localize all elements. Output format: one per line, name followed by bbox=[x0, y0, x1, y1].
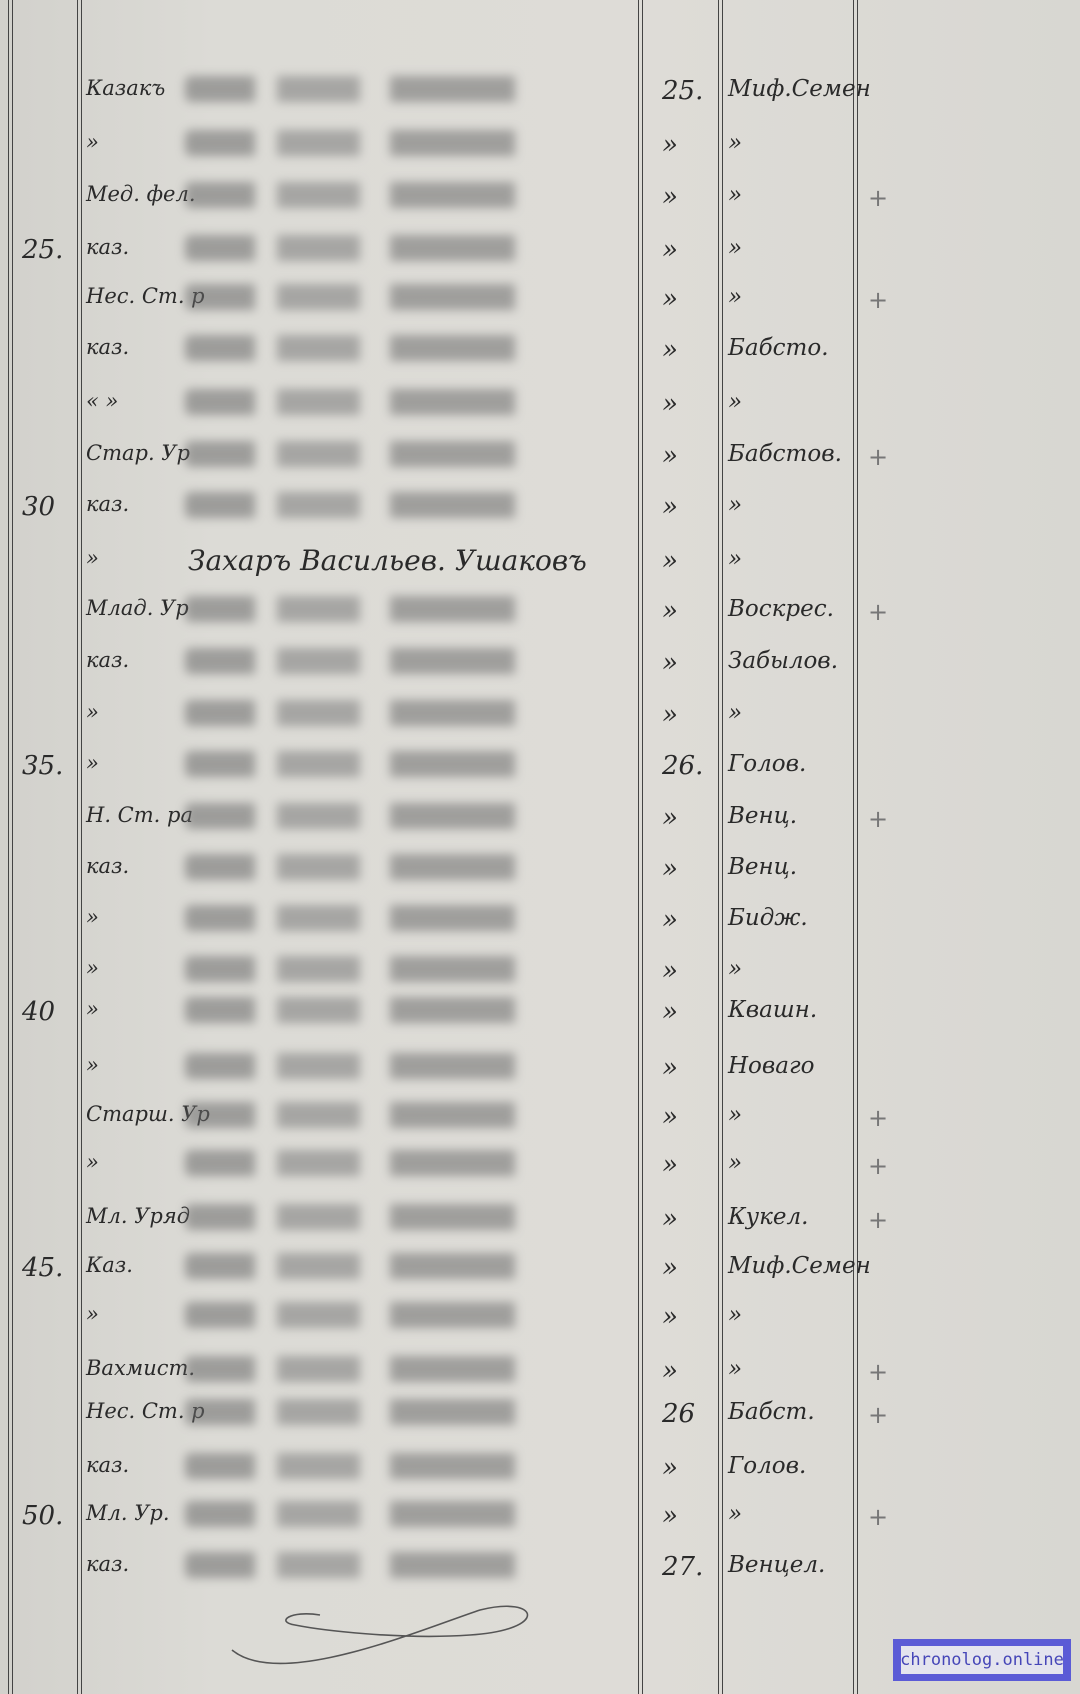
redacted-name bbox=[185, 1253, 625, 1279]
redacted-name bbox=[185, 700, 625, 726]
rank-cell: Н. Ст. ра bbox=[86, 805, 193, 826]
redacted-name bbox=[185, 1053, 625, 1079]
day-cell: » bbox=[662, 1104, 678, 1130]
redacted-name bbox=[185, 76, 625, 102]
day-cell: » bbox=[662, 958, 678, 984]
redacted-name bbox=[185, 1204, 625, 1230]
place-cell: » bbox=[728, 548, 742, 571]
redacted-name bbox=[185, 905, 625, 931]
day-cell: » bbox=[662, 337, 678, 363]
cross-mark: + bbox=[868, 1206, 888, 1234]
day-cell: » bbox=[662, 286, 678, 312]
rank-cell: Казакъ bbox=[86, 78, 165, 99]
place-cell: » bbox=[728, 1503, 742, 1526]
day-cell: » bbox=[662, 1055, 678, 1081]
watermark-text: chronolog.online bbox=[901, 1646, 1063, 1674]
day-cell: » bbox=[662, 856, 678, 882]
day-cell: 26 bbox=[662, 1401, 695, 1427]
place-cell: Голов. bbox=[728, 753, 806, 776]
rank-cell: » bbox=[86, 1304, 99, 1325]
day-cell: » bbox=[662, 237, 678, 263]
day-cell: » bbox=[662, 702, 678, 728]
cross-mark: + bbox=[868, 805, 888, 833]
day-cell: » bbox=[662, 184, 678, 210]
rank-cell: Мл. Ур. bbox=[86, 1503, 170, 1524]
redacted-name bbox=[185, 956, 625, 982]
cross-mark: + bbox=[868, 1152, 888, 1180]
register-page: Казакъ25.Миф.Семен»»»Мед. фел.»»+25.каз.… bbox=[0, 0, 1080, 1694]
day-cell: » bbox=[662, 1152, 678, 1178]
rank-cell: Мл. Уряд bbox=[86, 1206, 190, 1227]
place-cell: » bbox=[728, 132, 742, 155]
column-rule bbox=[77, 0, 82, 1694]
day-cell: » bbox=[662, 907, 678, 933]
cross-mark: + bbox=[868, 286, 888, 314]
place-cell: Бабстов. bbox=[728, 443, 842, 466]
redacted-name bbox=[185, 1150, 625, 1176]
day-cell: 26. bbox=[662, 753, 703, 779]
rank-cell: Млад. Ур bbox=[86, 598, 189, 619]
cross-mark: + bbox=[868, 184, 888, 212]
day-cell: » bbox=[662, 391, 678, 417]
watermark-badge: chronolog.online bbox=[893, 1639, 1071, 1681]
place-cell: » bbox=[728, 286, 742, 309]
place-cell: » bbox=[728, 1152, 742, 1175]
row-number: 30 bbox=[22, 494, 55, 520]
place-cell: » bbox=[728, 391, 742, 414]
redacted-name bbox=[185, 1356, 625, 1382]
redacted-name bbox=[185, 1102, 625, 1128]
day-cell: » bbox=[662, 1358, 678, 1384]
redacted-name bbox=[185, 854, 625, 880]
redacted-name bbox=[185, 492, 625, 518]
day-cell: » bbox=[662, 1255, 678, 1281]
redacted-name bbox=[185, 648, 625, 674]
day-cell: 25. bbox=[662, 78, 703, 104]
redacted-name bbox=[185, 1399, 625, 1425]
rank-cell: » bbox=[86, 1152, 99, 1173]
place-cell: » bbox=[728, 184, 742, 207]
day-cell: » bbox=[662, 132, 678, 158]
rank-cell: » bbox=[86, 1055, 99, 1076]
rank-cell: каз. bbox=[86, 494, 129, 515]
row-number: 45. bbox=[22, 1255, 63, 1281]
day-cell: » bbox=[662, 805, 678, 831]
day-cell: » bbox=[662, 650, 678, 676]
rank-cell: » bbox=[86, 753, 99, 774]
rank-cell: Стар. Ур bbox=[86, 443, 190, 464]
column-rule bbox=[638, 0, 643, 1694]
rank-cell: каз. bbox=[86, 237, 129, 258]
rank-cell: » bbox=[86, 702, 99, 723]
rank-cell: Каз. bbox=[86, 1255, 133, 1276]
place-cell: Венц. bbox=[728, 805, 797, 828]
cross-mark: + bbox=[868, 1358, 888, 1386]
redacted-name bbox=[185, 182, 625, 208]
place-cell: Бабсто. bbox=[728, 337, 829, 360]
place-cell: » bbox=[728, 958, 742, 981]
day-cell: 27. bbox=[662, 1554, 703, 1580]
day-cell: » bbox=[662, 1503, 678, 1529]
redacted-name bbox=[185, 441, 625, 467]
place-cell: Квашн. bbox=[728, 999, 817, 1022]
place-cell: Венц. bbox=[728, 856, 797, 879]
redacted-name bbox=[185, 1552, 625, 1578]
redacted-name bbox=[185, 235, 625, 261]
day-cell: » bbox=[662, 1304, 678, 1330]
cross-mark: + bbox=[868, 1104, 888, 1132]
cross-mark: + bbox=[868, 443, 888, 471]
place-cell: » bbox=[728, 237, 742, 260]
redacted-name bbox=[185, 284, 625, 310]
place-cell: Бидж. bbox=[728, 907, 808, 930]
rank-cell: » bbox=[86, 958, 99, 979]
place-cell: » bbox=[728, 702, 742, 725]
rank-cell: каз. bbox=[86, 1455, 129, 1476]
column-rule bbox=[718, 0, 723, 1694]
rank-cell: » bbox=[86, 548, 99, 569]
rank-cell: каз. bbox=[86, 337, 129, 358]
place-cell: » bbox=[728, 1104, 742, 1127]
redacted-name bbox=[185, 1453, 625, 1479]
place-cell: Венцел. bbox=[728, 1554, 825, 1577]
day-cell: » bbox=[662, 999, 678, 1025]
redacted-name bbox=[185, 1501, 625, 1527]
place-cell: » bbox=[728, 494, 742, 517]
place-cell: Забылов. bbox=[728, 650, 838, 673]
day-cell: » bbox=[662, 548, 678, 574]
place-cell: Новаго bbox=[728, 1055, 814, 1078]
column-rule bbox=[853, 0, 858, 1694]
row-number: 25. bbox=[22, 237, 63, 263]
rank-cell: » bbox=[86, 907, 99, 928]
rank-cell: каз. bbox=[86, 856, 129, 877]
cross-mark: + bbox=[868, 598, 888, 626]
place-cell: Воскрес. bbox=[728, 598, 834, 621]
redacted-name bbox=[185, 751, 625, 777]
rank-cell: каз. bbox=[86, 1554, 129, 1575]
cross-mark: + bbox=[868, 1503, 888, 1531]
day-cell: » bbox=[662, 443, 678, 469]
rank-cell: Мед. фел. bbox=[86, 184, 196, 205]
redacted-name bbox=[185, 803, 625, 829]
redacted-name bbox=[185, 997, 625, 1023]
redacted-name bbox=[185, 335, 625, 361]
row-number: 40 bbox=[22, 999, 55, 1025]
name-cell: Захаръ Васильев. Ушаковъ bbox=[188, 544, 587, 577]
day-cell: » bbox=[662, 1206, 678, 1232]
rank-cell: » bbox=[86, 999, 99, 1020]
rank-cell: » bbox=[86, 132, 99, 153]
place-cell: Бабст. bbox=[728, 1401, 815, 1424]
closing-flourish bbox=[220, 1590, 560, 1680]
cross-mark: + bbox=[868, 1401, 888, 1429]
redacted-name bbox=[185, 389, 625, 415]
day-cell: » bbox=[662, 1455, 678, 1481]
place-cell: » bbox=[728, 1304, 742, 1327]
rank-cell: каз. bbox=[86, 650, 129, 671]
redacted-name bbox=[185, 596, 625, 622]
column-rule bbox=[8, 0, 13, 1694]
rank-cell: Вахмист. bbox=[86, 1358, 195, 1379]
redacted-name bbox=[185, 1302, 625, 1328]
place-cell: Голов. bbox=[728, 1455, 806, 1478]
row-number: 35. bbox=[22, 753, 63, 779]
rank-cell: « » bbox=[86, 391, 118, 412]
place-cell: Кукел. bbox=[728, 1206, 808, 1229]
day-cell: » bbox=[662, 494, 678, 520]
redacted-name bbox=[185, 130, 625, 156]
day-cell: » bbox=[662, 598, 678, 624]
place-cell: Миф.Семен bbox=[728, 78, 871, 101]
row-number: 50. bbox=[22, 1503, 63, 1529]
place-cell: Миф.Семен bbox=[728, 1255, 871, 1278]
place-cell: » bbox=[728, 1358, 742, 1381]
